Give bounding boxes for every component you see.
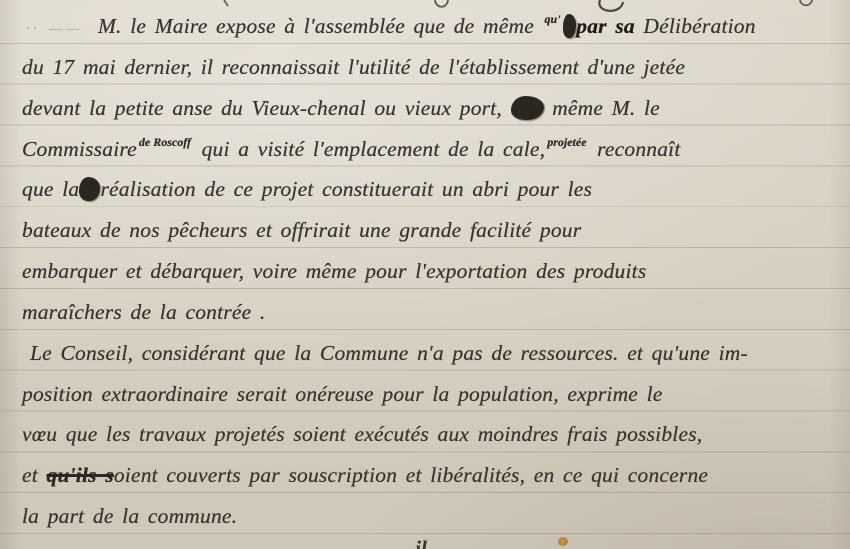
manuscript-line: ·· ——M. le Maire expose à l'assemblée qu… (0, 6, 850, 47)
manuscript-line: Le Conseil, considérant que la Commune n… (0, 333, 850, 374)
text-segment: devant la petite anse du Vieux-chenal ou… (22, 96, 511, 120)
text-segment: même M. le (544, 96, 660, 120)
text-segment: et (22, 463, 47, 487)
text-segment: embarquer et débarquer, voire même pour … (22, 259, 646, 283)
manuscript-line: la part de la commune. (0, 496, 850, 537)
text-segment: vœu que les travaux projetés soient exéc… (22, 422, 702, 446)
manuscript-line: du 17 mai dernier, il reconnaissait l'ut… (0, 47, 850, 88)
interlinear-insertion: qu' (545, 0, 561, 40)
text-segment: par sa (576, 14, 635, 38)
text-segment: que la (22, 177, 79, 201)
manuscript-line: embarquer et débarquer, voire même pour … (0, 251, 850, 292)
text-segment: maraîchers de la contrée . (22, 300, 266, 324)
ink-blot: Ma (511, 96, 544, 120)
manuscript-line: bateaux de nos pêcheurs et offrirait une… (0, 210, 850, 251)
text-segment: Le Conseil, considérant que la Commune n… (30, 341, 748, 365)
manuscript-line: vœu que les travaux projetés soient exéc… (0, 414, 850, 455)
manuscript-page: ·· ——M. le Maire expose à l'assemblée qu… (0, 0, 850, 549)
manuscript-text-block: ·· ——M. le Maire expose à l'assemblée qu… (0, 6, 850, 537)
manuscript-line: devant la petite anse du Vieux-chenal ou… (0, 88, 850, 129)
text-segment: qui a visité l'emplacement de la cale, (193, 137, 545, 161)
ink-blot: nt (79, 177, 100, 201)
manuscript-line: maraîchers de la contrée . (0, 292, 850, 333)
ink-stain (558, 537, 568, 546)
text-segment: Délibération (635, 14, 756, 38)
interlinear-insertion: de Roscoff (139, 122, 191, 163)
text-segment: réalisation de ce projet constituerait u… (100, 177, 592, 201)
manuscript-line: position extraordinaire serait onéreuse … (0, 374, 850, 415)
text-segment: du 17 mai dernier, il reconnaissait l'ut… (22, 55, 685, 79)
text-segment: M. le Maire expose à l'assemblée que de … (98, 14, 543, 38)
text-segment: oient couverts par souscription et libér… (114, 463, 708, 487)
text-segment: position extraordinaire serait onéreuse … (22, 382, 663, 406)
struck-text-segment: qu'ils s (47, 463, 114, 487)
text-segment: bateaux de nos pêcheurs et offrirait une… (22, 218, 581, 242)
cropped-text-fragment-bottom: il (415, 536, 427, 549)
text-segment: ·· —— (26, 21, 82, 37)
manuscript-line: et qu'ils soient couverts par souscripti… (0, 455, 850, 496)
interlinear-insertion: projetée (547, 122, 586, 163)
manuscript-line: Commissairede Roscoff qui a visité l'emp… (0, 129, 850, 170)
text-segment: la part de la commune. (22, 504, 237, 528)
manuscript-line: que lantréalisation de ce projet constit… (0, 169, 850, 210)
ink-blot: x (563, 14, 577, 38)
text-segment: reconnaît (589, 137, 681, 161)
text-segment: Commissaire (22, 137, 137, 161)
